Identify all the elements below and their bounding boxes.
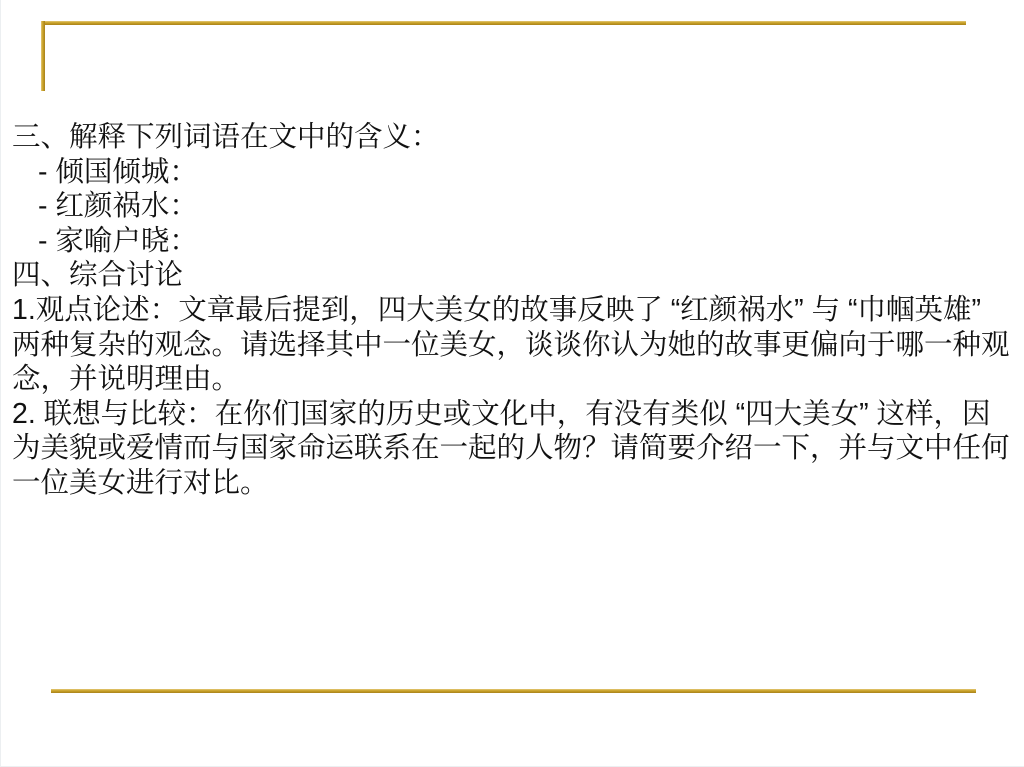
slide-text-block: 三、解释下列词语在文中的含义： - 倾国倾城： - 红颜祸水： - 家喻户晓： … — [12, 120, 1022, 501]
vocab-item-hongyanhuoshui: - 红颜祸水： — [12, 189, 1022, 224]
vocab-item-jiayuhuxiao: - 家喻户晓： — [12, 224, 1022, 259]
discussion-question-2-line-1: 2. 联想与比较：在你们国家的历史或文化中，有没有类似 “四大美女” 这样，因 — [12, 397, 1022, 432]
section-four-heading: 四、综合讨论 — [12, 258, 1022, 293]
discussion-question-2-line-3: 一位美女进行对比。 — [12, 466, 1022, 501]
left-border-line — [41, 21, 45, 91]
discussion-question-1-line-1: 1.观点论述：文章最后提到，四大美女的故事反映了 “红颜祸水” 与 “巾帼英雄” — [12, 293, 1022, 328]
presentation-slide: 三、解释下列词语在文中的含义： - 倾国倾城： - 红颜祸水： - 家喻户晓： … — [0, 0, 1024, 767]
section-three-heading: 三、解释下列词语在文中的含义： — [12, 120, 1022, 155]
top-border-line — [41, 21, 966, 25]
bottom-border-line — [51, 689, 976, 693]
discussion-question-2-line-2: 为美貌或爱情而与国家命运联系在一起的人物？请简要介绍一下，并与文中任何 — [12, 431, 1022, 466]
discussion-question-1-line-3: 念，并说明理由。 — [12, 362, 1022, 397]
vocab-item-qingguoqingcheng: - 倾国倾城： — [12, 155, 1022, 190]
discussion-question-1-line-2: 两种复杂的观念。请选择其中一位美女，谈谈你认为她的故事更偏向于哪一种观 — [12, 328, 1022, 363]
